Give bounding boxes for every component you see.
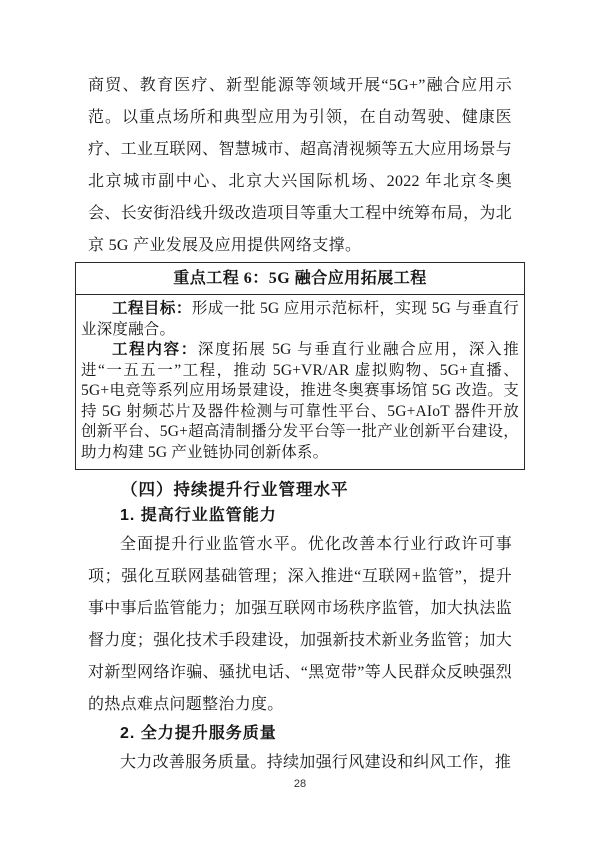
subsection-1-heading: 1. 提高行业监管能力 <box>88 503 512 529</box>
subsection-2-heading: 2. 全力提升服务质量 <box>88 721 512 747</box>
page-number: 28 <box>0 778 600 790</box>
section-heading-4: （四）持续提升行业管理水平 <box>88 477 512 503</box>
key-project-box-title: 重点工程 6：5G 融合应用拓展工程 <box>76 263 524 295</box>
project-goal-label: 工程目标： <box>112 300 192 317</box>
document-page: 商贸、教育医疗、新型能源等领域开展“5G+”融合应用示范。以重点场所和典型应用为… <box>0 0 600 848</box>
project-content-text: 深度拓展 5G 与垂直行业融合应用，深入推进“一五五一”工程，推动 5G+VR/… <box>81 341 519 461</box>
project-content-paragraph: 工程内容：深度拓展 5G 与垂直行业融合应用，深入推进“一五五一”工程，推动 5… <box>81 340 519 463</box>
subsection-1-paragraph: 全面提升行业监管水平。优化改善本行业行政许可事项；强化互联网基础管理；深入推进“… <box>88 529 512 721</box>
key-project-box-body: 工程目标：形成一批 5G 应用示范标杆，实现 5G 与垂直行业深度融合。 工程内… <box>76 295 524 469</box>
intro-paragraph: 商贸、教育医疗、新型能源等领域开展“5G+”融合应用示范。以重点场所和典型应用为… <box>88 70 512 262</box>
page-content: 商贸、教育医疗、新型能源等领域开展“5G+”融合应用示范。以重点场所和典型应用为… <box>88 70 512 779</box>
project-content-label: 工程内容： <box>112 341 198 358</box>
key-project-box: 重点工程 6：5G 融合应用拓展工程 工程目标：形成一批 5G 应用示范标杆，实… <box>75 262 525 470</box>
project-goal-paragraph: 工程目标：形成一批 5G 应用示范标杆，实现 5G 与垂直行业深度融合。 <box>81 299 519 340</box>
subsection-2-paragraph: 大力改善服务质量。持续加强行风建设和纠风工作，推 <box>88 747 512 779</box>
